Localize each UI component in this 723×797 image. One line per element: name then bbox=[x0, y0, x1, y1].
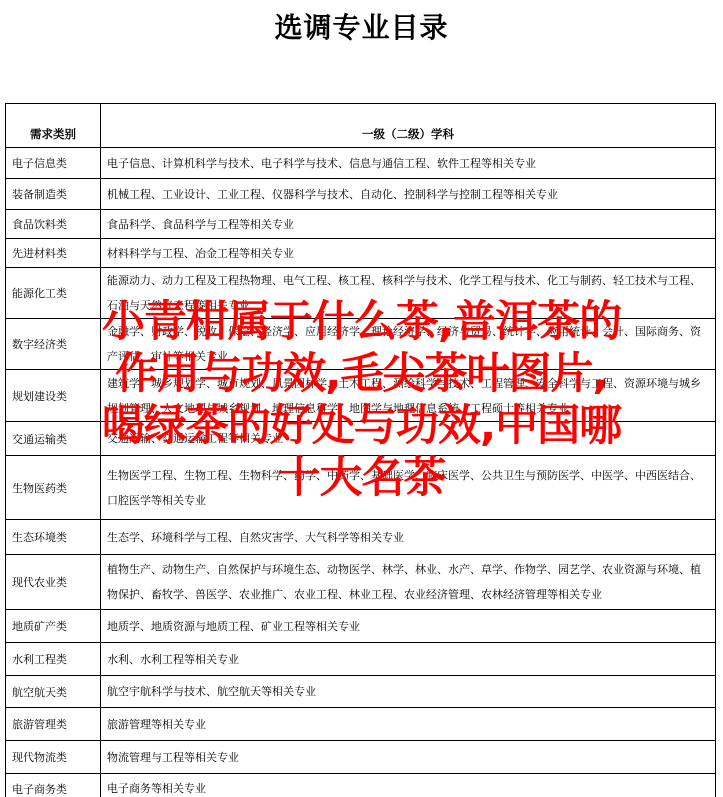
category-cell: 食品饮料类 bbox=[6, 210, 101, 239]
table-row: 现代物流类物流管理与工程等相关专业 bbox=[6, 741, 716, 774]
subjects-cell: 食品科学、食品科学与工程等相关专业 bbox=[101, 210, 716, 239]
subjects-cell: 地质学、地质资源与地质工程、矿业工程等相关专业 bbox=[101, 610, 716, 643]
overlay-line: 作用与功效,毛尖茶叶图片, bbox=[0, 348, 723, 400]
subjects-cell: 植物生产、动物生产、自然保护与环境生态、动物医学、林学、林业、水产、草学、作物学… bbox=[101, 555, 716, 610]
category-cell: 水利工程类 bbox=[6, 643, 101, 676]
subjects-cell: 物流管理与工程等相关专业 bbox=[101, 741, 716, 774]
table-row: 水利工程类水利、水利工程等相关专业 bbox=[6, 643, 716, 676]
category-cell: 现代农业类 bbox=[6, 555, 101, 610]
table-row: 电子信息类电子信息、计算机科学与技术、电子科学与技术、信息与通信工程、软件工程等… bbox=[6, 148, 716, 179]
subjects-cell: 水利、水利工程等相关专业 bbox=[101, 643, 716, 676]
category-cell: 现代物流类 bbox=[6, 741, 101, 774]
page-title: 选调专业目录 bbox=[0, 8, 723, 48]
table-row: 电子商务类电子商务等相关专业 bbox=[6, 774, 716, 797]
subjects-cell: 机械工程、工业设计、工业工程、仪器科学与技术、自动化、控制科学与控制工程等相关专… bbox=[101, 179, 716, 210]
overlay-line: 小青柑属于什么茶,普洱茶的 bbox=[0, 296, 723, 348]
category-cell: 电子商务类 bbox=[6, 774, 101, 797]
subjects-cell: 生态学、环境科学与工程、自然灾害学、大气科学等相关专业 bbox=[101, 520, 716, 555]
subjects-cell: 材料科学与工程、冶金工程等相关专业 bbox=[101, 239, 716, 268]
table-row: 地质矿产类地质学、地质资源与地质工程、矿业工程等相关专业 bbox=[6, 610, 716, 643]
category-cell: 先进材料类 bbox=[6, 239, 101, 268]
subjects-cell: 电子信息、计算机科学与技术、电子科学与技术、信息与通信工程、软件工程等相关专业 bbox=[101, 148, 716, 179]
table-row: 装备制造类机械工程、工业设计、工业工程、仪器科学与技术、自动化、控制科学与控制工… bbox=[6, 179, 716, 210]
table-row: 现代农业类植物生产、动物生产、自然保护与环境生态、动物医学、林学、林业、水产、草… bbox=[6, 555, 716, 610]
category-cell: 生态环境类 bbox=[6, 520, 101, 555]
table-row: 先进材料类材料科学与工程、冶金工程等相关专业 bbox=[6, 239, 716, 268]
category-cell: 航空航天类 bbox=[6, 676, 101, 708]
category-cell: 装备制造类 bbox=[6, 179, 101, 210]
table-row: 旅游管理类旅游管理等相关专业 bbox=[6, 708, 716, 741]
category-cell: 旅游管理类 bbox=[6, 708, 101, 741]
subjects-cell: 旅游管理等相关专业 bbox=[101, 708, 716, 741]
table-row: 食品饮料类食品科学、食品科学与工程等相关专业 bbox=[6, 210, 716, 239]
overlay-line: 喝绿茶的好处与功效,中国哪 bbox=[0, 400, 723, 452]
subjects-cell: 航空宇航科学与技术、航空航天等相关专业 bbox=[101, 676, 716, 708]
table-header-row: 需求类别 一级（二级）学科 bbox=[6, 104, 716, 148]
header-subjects: 一级（二级）学科 bbox=[101, 104, 716, 148]
red-overlay-text: 小青柑属于什么茶,普洱茶的 作用与功效,毛尖茶叶图片, 喝绿茶的好处与功效,中国… bbox=[0, 296, 723, 504]
overlay-line: 十大名茶 bbox=[0, 452, 723, 504]
subjects-cell: 电子商务等相关专业 bbox=[101, 774, 716, 797]
table-row: 航空航天类航空宇航科学与技术、航空航天等相关专业 bbox=[6, 676, 716, 708]
table-row: 生态环境类生态学、环境科学与工程、自然灾害学、大气科学等相关专业 bbox=[6, 520, 716, 555]
header-category: 需求类别 bbox=[6, 104, 101, 148]
category-cell: 电子信息类 bbox=[6, 148, 101, 179]
category-cell: 地质矿产类 bbox=[6, 610, 101, 643]
